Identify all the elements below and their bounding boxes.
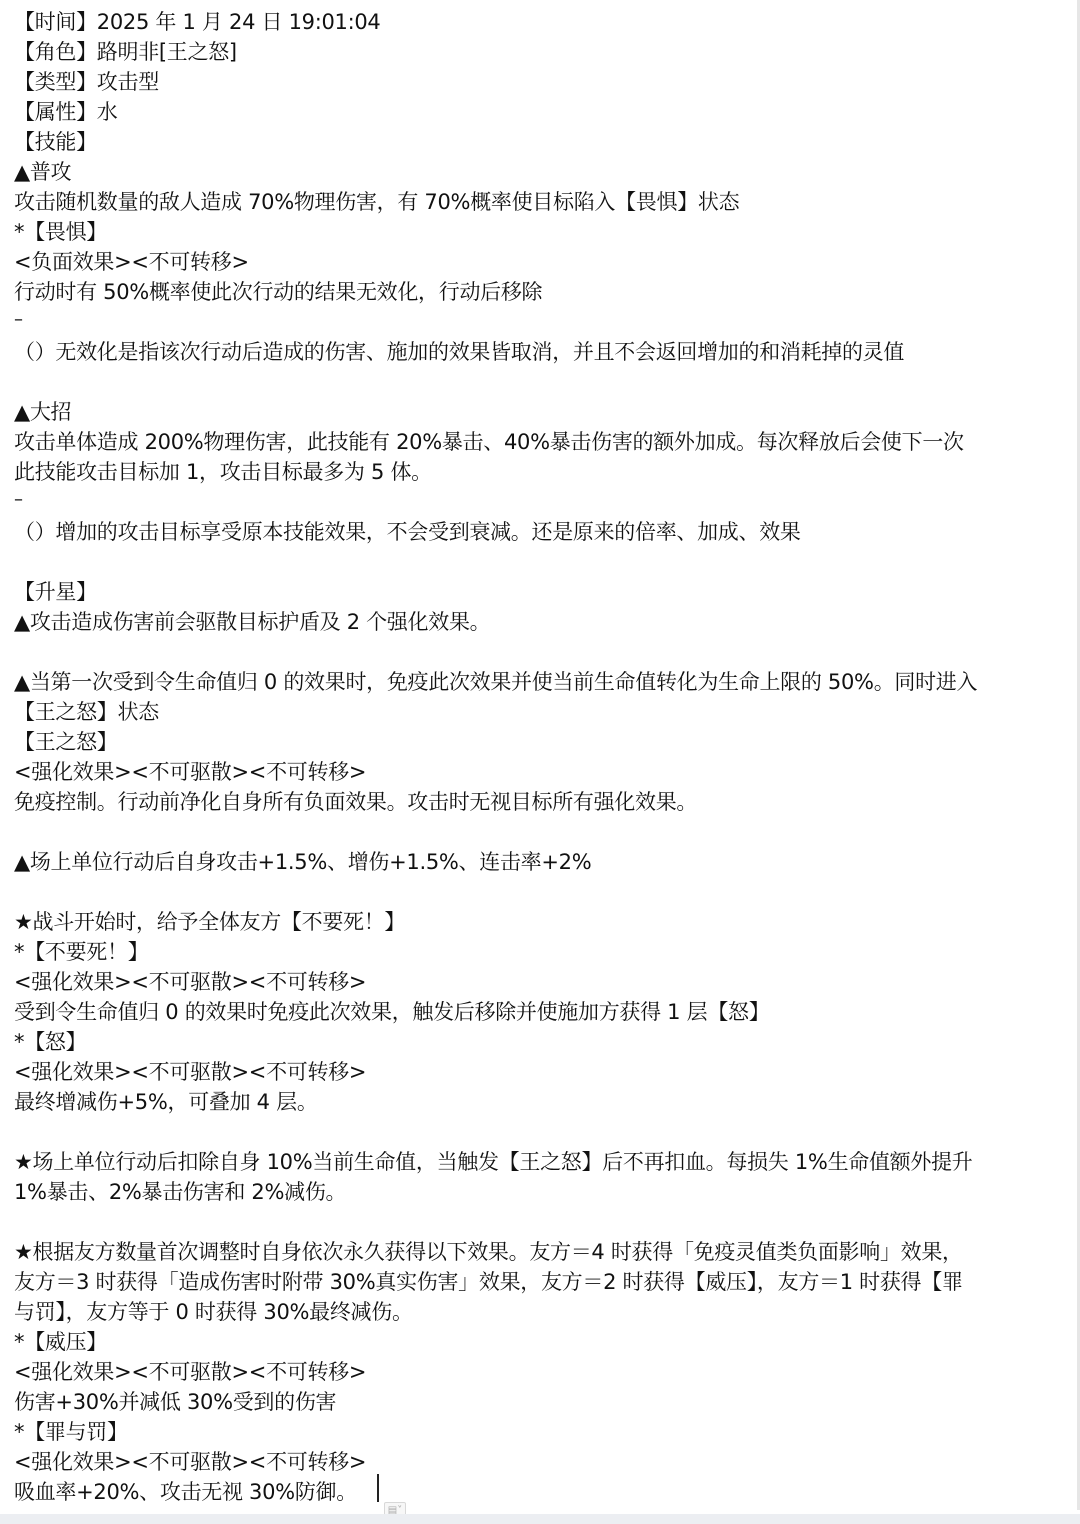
document-line: ▲攻击造成伤害前会驱散目标护盾及 2 个强化效果。 bbox=[14, 607, 490, 637]
document-line: *【怒】 bbox=[14, 1027, 86, 1057]
document-line: <强化效果><不可驱散><不可转移> bbox=[14, 1357, 366, 1387]
document-line: 受到令生命值归 0 的效果时免疫此次效果，触发后移除并使施加方获得 1 层【怒】 bbox=[14, 997, 769, 1027]
document-line: 伤害+30%并减低 30%受到的伤害 bbox=[14, 1387, 336, 1417]
document-line: ▲普攻 bbox=[14, 157, 71, 187]
document-line: 【属性】水 bbox=[14, 97, 118, 127]
document-line: 友方＝3 时获得「造成伤害时附带 30%真实伤害」效果，友方＝2 时获得【威压】… bbox=[14, 1267, 963, 1297]
document-line: 【王之怒】状态 bbox=[14, 697, 159, 727]
document-line: – bbox=[14, 305, 23, 335]
document-line: <强化效果><不可驱散><不可转移> bbox=[14, 757, 366, 787]
document-line: ▲大招 bbox=[14, 397, 71, 427]
document-line: <负面效果><不可转移> bbox=[14, 247, 249, 277]
document-line: *【威压】 bbox=[14, 1327, 107, 1357]
document-line: 【类型】攻击型 bbox=[14, 67, 159, 97]
document-line: *【罪与罚】 bbox=[14, 1417, 128, 1447]
document-line: 1%暴击、2%暴击伤害和 2%减伤。 bbox=[14, 1177, 346, 1207]
status-bar bbox=[0, 1514, 1080, 1524]
document-line: 攻击随机数量的敌人造成 70%物理伤害，有 70%概率使目标陷入【畏惧】状态 bbox=[14, 187, 739, 217]
document-line: ▲当第一次受到令生命值归 0 的效果时，免疫此次效果并使当前生命值转化为生命上限… bbox=[14, 667, 977, 697]
document-line: – bbox=[14, 485, 23, 515]
document-line: ▲场上单位行动后自身攻击+1.5%、增伤+1.5%、连击率+2% bbox=[14, 847, 591, 877]
document-line: 【时间】2025 年 1 月 24 日 19:01:04 bbox=[14, 7, 381, 37]
document-line: ★场上单位行动后扣除自身 10%当前生命值，当触发【王之怒】后不再扣血。每损失 … bbox=[14, 1147, 972, 1177]
document-line: 免疫控制。行动前净化自身所有负面效果。攻击时无视目标所有强化效果。 bbox=[14, 787, 697, 817]
document-line: 行动时有 50%概率使此次行动的结果无效化，行动后移除 bbox=[14, 277, 542, 307]
document-line: 最终增减伤+5%，可叠加 4 层。 bbox=[14, 1087, 318, 1117]
document-line: *【不要死！】 bbox=[14, 937, 148, 967]
document-line: 此技能攻击目标加 1，攻击目标最多为 5 体。 bbox=[14, 457, 432, 487]
document-line: （）无效化是指该次行动后造成的伤害、施加的效果皆取消，并且不会返回增加的和消耗掉… bbox=[14, 337, 904, 367]
document-line: 【技能】 bbox=[14, 127, 97, 157]
document-line: 与罚】，友方等于 0 时获得 30%最终减伤。 bbox=[14, 1297, 413, 1327]
document-line: ★根据友方数量首次调整时自身依次永久获得以下效果。友方＝4 时获得「免疫灵值类负… bbox=[14, 1237, 963, 1267]
document-line: 吸血率+20%、攻击无视 30%防御。 bbox=[14, 1477, 357, 1507]
document-line: 【王之怒】 bbox=[14, 727, 118, 757]
document-line: 【角色】路明非[王之怒] bbox=[14, 37, 237, 67]
document-line: *【畏惧】 bbox=[14, 217, 107, 247]
text-caret bbox=[377, 1474, 379, 1502]
document-line: （）增加的攻击目标享受原本技能效果，不会受到衰减。还是原来的倍率、加成、效果 bbox=[14, 517, 801, 547]
document-line: ★战斗开始时，给予全体友方【不要死！】 bbox=[14, 907, 405, 937]
document-line: <强化效果><不可驱散><不可转移> bbox=[14, 1447, 366, 1477]
document-line: <强化效果><不可驱散><不可转移> bbox=[14, 967, 366, 997]
document-line: <强化效果><不可驱散><不可转移> bbox=[14, 1057, 366, 1087]
document-line: 【升星】 bbox=[14, 577, 97, 607]
document-line: 攻击单体造成 200%物理伤害，此技能有 20%暴击、40%暴击伤害的额外加成。… bbox=[14, 427, 964, 457]
